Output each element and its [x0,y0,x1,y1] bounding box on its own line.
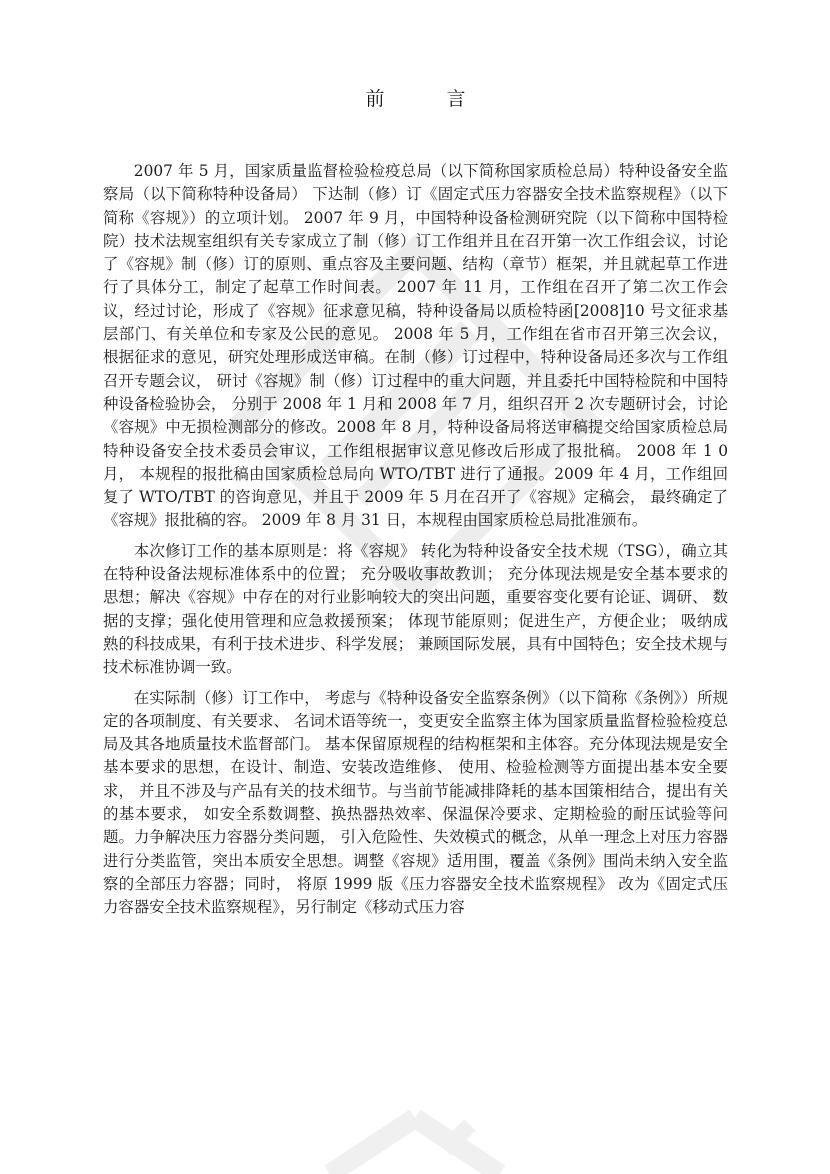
paragraph-revision-history: 2007 年 5 月，国家质量监督检验检疫总局（以下简称国家质检总局）特种设备安… [103,160,728,533]
paragraph-basic-principles: 本次修订工作的基本原则是：将《容规》 转化为特种设备安全技术规（TSG），确立其… [103,540,728,680]
page-title: 前 言 [131,84,728,114]
document-page: 前 言 2007 年 5 月，国家质量监督检验检疫总局（以下简称国家质检总局）特… [103,84,728,927]
paragraph-actual-revision-work: 在实际制（修）订工作中， 考虑与《特种设备安全监察条例》（以下简称《条例》）所规… [103,687,728,920]
